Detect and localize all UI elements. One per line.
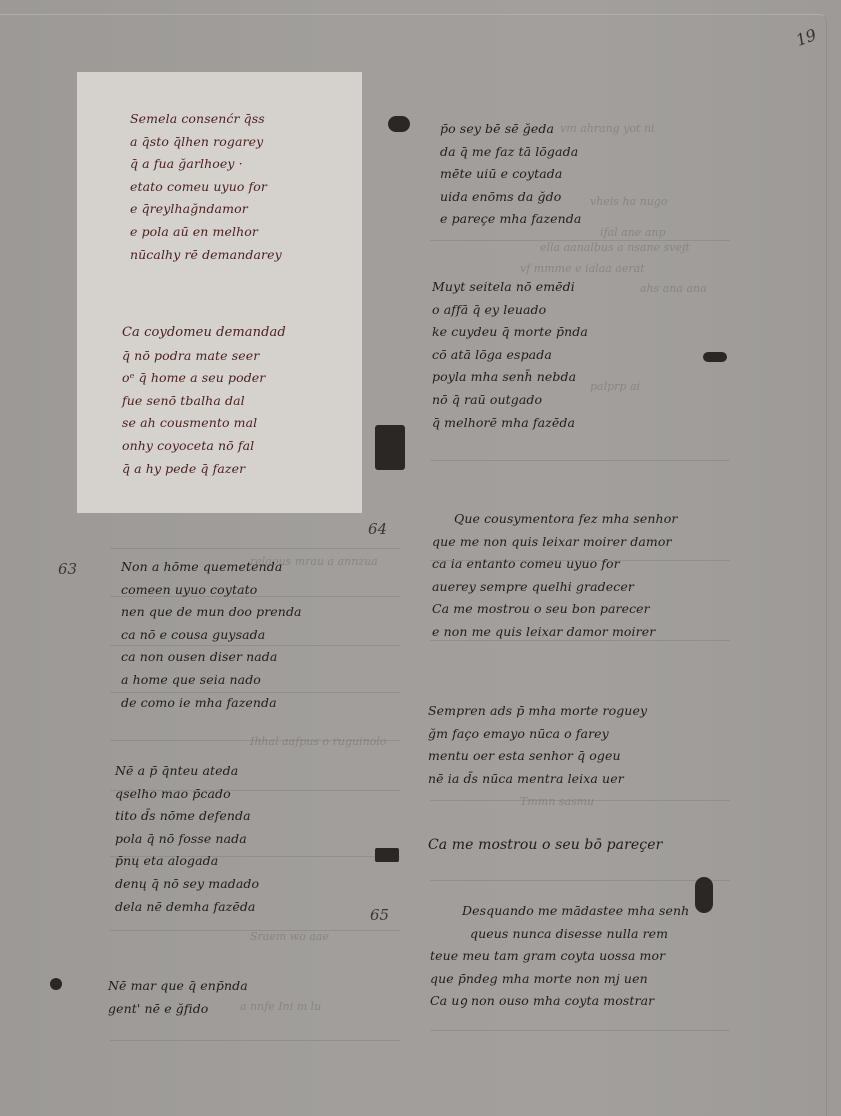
verse-line: e pola aū en melhor: [130, 221, 282, 244]
verse-line: Ca me mostrou o seu bon parecer: [432, 598, 677, 621]
left-stanza-5: Nē mar que q̄ enp̄nda gent' nē e ğfido: [108, 975, 248, 1020]
verse-line: queus nunca disesse nulla rem: [430, 923, 689, 946]
guide-letter-e-mark: [375, 848, 399, 862]
guide-letter-h-mark: [375, 425, 405, 470]
verse-line: poyla mha senh̄ nebda: [432, 366, 588, 389]
verse-line: a q̄sto q̄lhen rogarey: [130, 131, 282, 154]
verse-line: uida enōms da ğdo: [440, 186, 581, 209]
margin-number-65: 65: [370, 906, 389, 924]
right-stanza-1: p̄o sey bē sē ğeda da q̄ me faz tā lōgad…: [440, 118, 581, 231]
right-stanza-2: Muyt seitela nō emēdi o affā q̄ ey leuad…: [432, 276, 588, 434]
margin-number-63: 63: [58, 560, 77, 578]
verse-line: auerey sempre quelhi gradecer: [432, 576, 677, 599]
verse-line: Muyt seitela nō emēdi: [432, 276, 588, 299]
verse-line: e q̄reylhağndamor: [130, 198, 282, 221]
left-stanza-3: Non a hōme quemetenda comeen uyuo coytat…: [121, 556, 302, 714]
verse-line: nō q̄ raū outgado: [432, 389, 588, 412]
manuscript-page: vm ahrang yot ni vheis ha nugo ifal ane …: [0, 0, 841, 1116]
verse-line: ke cuydeu q̄ morte p̄nda: [432, 321, 588, 344]
verse-line: denų q̄ nō sey madado: [115, 873, 259, 896]
verse-line: gent' nē e ğfido: [108, 998, 248, 1021]
verse-line: cō atā lōga espada: [432, 344, 588, 367]
verse-line: Semela consenćr q̄ss: [130, 108, 282, 131]
guide-letter-o-mark: [695, 877, 713, 913]
verse-line: Non a hōme quemetenda: [121, 556, 302, 579]
verse-line: ca nō e cousa guysada: [121, 624, 302, 647]
guide-letter-d-mark: [388, 116, 410, 132]
left-stanza-4: Nē a p̄ q̄nteu ateda qselho mao p̄cado t…: [115, 760, 259, 918]
right-stanza-5: Ca me mostrou o seu bō pareçer: [428, 834, 662, 857]
verse-line: que p̄ndeg mha morte non mj uen: [430, 968, 689, 991]
verse-line: comeen uyuo coytato: [121, 579, 302, 602]
verse-line: mentu oer esta senhor q̄ ogeu: [428, 745, 647, 768]
verse-line: e non me quis leixar damor moirer: [432, 621, 677, 644]
verse-line: q̄ melhorē mha fazēda: [432, 412, 588, 435]
verse-line: nē ia d̄s nūca mentra leixa uer: [428, 768, 647, 791]
verse-line: Ca coydomeu demandad: [122, 322, 286, 345]
verse-line: Nē a p̄ q̄nteu ateda: [115, 760, 259, 783]
verse-line: Desquando me mādastee mha senh: [430, 900, 689, 923]
verse-line: qselho mao p̄cado: [115, 783, 259, 806]
verse-line: dela nē demha fazēda: [115, 896, 259, 919]
verse-line: Ca me mostrou o seu bō pareçer: [428, 834, 662, 857]
guide-letter-s-mark: [703, 352, 727, 362]
right-stanza-3: Que cousymentora fez mha senhor que me n…: [432, 508, 677, 644]
right-stanza-4: Sempren ads p̄ mha morte roguey ğm faço …: [428, 700, 647, 790]
verse-line: p̄nų eta alogada: [115, 850, 259, 873]
verse-line: p̄o sey bē sē ğeda: [440, 118, 581, 141]
margin-number-64: 64: [368, 520, 387, 538]
verse-line: que me non quis leixar moirer damor: [432, 531, 677, 554]
verse-line: ca ia entanto comeu uyuo for: [432, 553, 677, 576]
verse-line: da q̄ me faz tā lōgada: [440, 141, 581, 164]
verse-line: mēte uiū e coytada: [440, 163, 581, 186]
verse-line: q̄ a fua ğarlhoey ·: [130, 153, 282, 176]
verse-line: Sempren ads p̄ mha morte roguey: [428, 700, 647, 723]
left-stanza-1: Semela consenćr q̄ss a q̄sto q̄lhen roga…: [130, 108, 282, 266]
verse-line: e pareçe mha fazenda: [440, 208, 581, 231]
verse-line: q̄ a hy pede q̄ fazer: [122, 458, 286, 481]
verse-line: tito d̄s nōme defenda: [115, 805, 259, 828]
verse-line: q̄ nō podra mate seer: [122, 345, 286, 368]
verse-line: nen que de mun doo prenda: [121, 601, 302, 624]
verse-line: se ah cousmento mal: [122, 412, 286, 435]
verse-line: pola q̄ nō fosse nada: [115, 828, 259, 851]
verse-line: a home que seia nado: [121, 669, 302, 692]
verse-line: ğm faço emayo nūca o farey: [428, 723, 647, 746]
ink-blot: [50, 978, 62, 990]
verse-line: de como ie mha fazenda: [121, 692, 302, 715]
right-stanza-6: Desquando me mādastee mha senh queus nun…: [430, 900, 689, 1013]
verse-line: Ca uꝯ non ouso mha coyta mostrar: [430, 990, 689, 1013]
verse-line: o affā q̄ ey leuado: [432, 299, 588, 322]
verse-line: Que cousymentora fez mha senhor: [432, 508, 677, 531]
verse-line: onhy coyoceta nō fal: [122, 435, 286, 458]
verse-line: nūcalhy rē demandarey: [130, 244, 282, 267]
verse-line: fue senō tbalha dal: [122, 390, 286, 413]
left-stanza-2: Ca coydomeu demandad q̄ nō podra mate se…: [122, 322, 286, 480]
verse-line: Nē mar que q̄ enp̄nda: [108, 975, 248, 998]
verse-line: etato comeu uyuo for: [130, 176, 282, 199]
verse-line: oᵉ q̄ home a seu poder: [122, 367, 286, 390]
verse-line: ca non ousen diser nada: [121, 646, 302, 669]
verse-line: teue meu tam gram coyta uossa mor: [430, 945, 689, 968]
